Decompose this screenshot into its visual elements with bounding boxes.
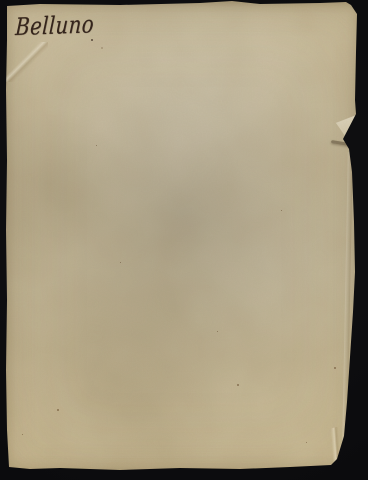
foxing-speck — [96, 145, 97, 146]
foxing-speck — [57, 409, 59, 411]
bottom-right-edge-wear — [318, 425, 352, 466]
foxing-speck — [334, 367, 336, 369]
right-vertical-crease — [342, 152, 353, 447]
ink-dot — [91, 39, 93, 41]
paper-edge-shading — [0, 0, 368, 480]
paper-sheet: Belluno — [0, 0, 368, 480]
foxing-speck — [217, 331, 218, 332]
top-left-crease — [2, 42, 48, 82]
foxing-speck — [120, 262, 121, 263]
paper-grain-texture — [0, 0, 368, 480]
foxing-speck — [281, 210, 282, 211]
foxing-speck — [22, 434, 23, 435]
scan-background: Belluno — [0, 0, 368, 480]
right-edge-tear-shadow — [331, 140, 356, 147]
foxing-speck — [237, 384, 239, 386]
foxing-speck — [101, 47, 103, 49]
paper-mottle-texture — [0, 0, 368, 480]
right-edge-tear-flap — [334, 114, 358, 148]
handwritten-label: Belluno — [15, 10, 95, 41]
foxing-speck — [306, 442, 307, 443]
